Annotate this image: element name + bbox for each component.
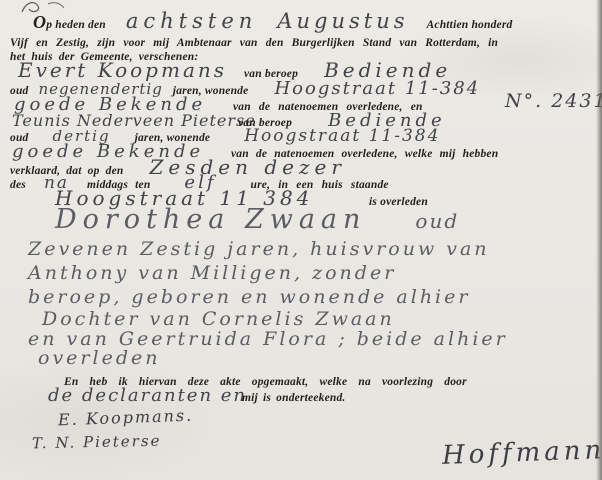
printed-closing-2: mij is onderteekend. [242, 392, 346, 404]
closing-line-2: de declaranten en mij is onderteekend. [48, 385, 346, 406]
deceased-overleden-line: overleden [38, 347, 160, 369]
deceased-father-line: Dochter van Cornelis Zwaan [42, 308, 395, 330]
deceased-name-line: Dorothea Zwaan oud [55, 204, 459, 235]
deceased-oud: oud [415, 209, 459, 233]
deceased-name: Dorothea Zwaan [55, 204, 366, 235]
printed-year-1: Achttien honderd [427, 19, 513, 31]
closing-hand-by: de declaranten en [48, 385, 238, 406]
hand-day: achtsten [126, 9, 257, 33]
signature-koopmans: E. Koopmans. [58, 408, 193, 428]
printed-opening: Op heden den [33, 12, 106, 33]
deceased-occupation-line: beroep, geboren en wonende alhier [28, 286, 470, 308]
death-certificate-scan: Op heden den achtsten Augustus Achttien … [0, 0, 602, 480]
hand-month: Augustus [277, 9, 408, 33]
deceased-age-line: Zevenen Zestig jaren, huisvrouw van [28, 238, 490, 260]
act-number: N°. 2431 [505, 90, 602, 112]
signature-hoffmann: Hoffmann [442, 438, 602, 468]
header-line-1: Op heden den achtsten Augustus Achttien … [33, 9, 512, 33]
printed-des: des [10, 179, 26, 191]
scan-edge-shadow [596, 0, 602, 480]
signature-pieterse: T. N. Pieterse [32, 433, 161, 452]
deceased-spouse-line: Anthony van Milligen, zonder [28, 262, 396, 284]
